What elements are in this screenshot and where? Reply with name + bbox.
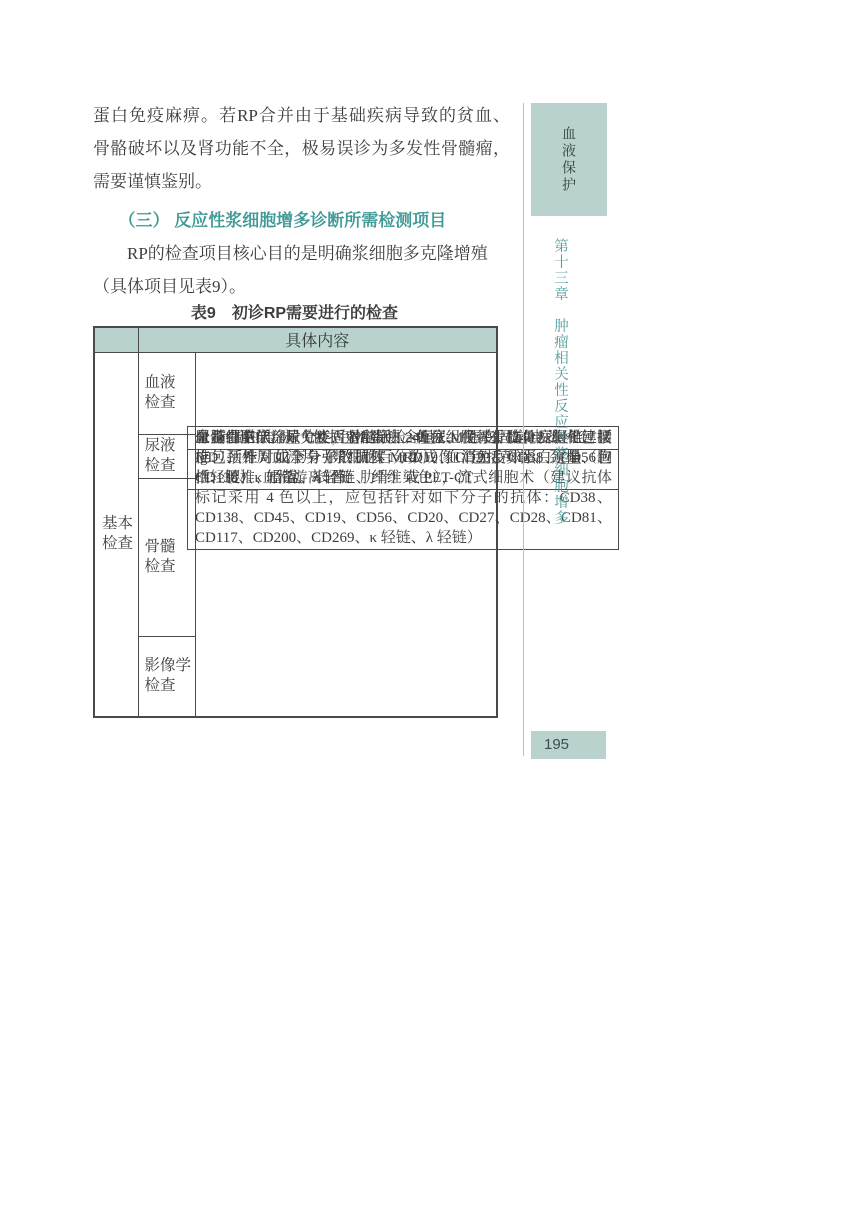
text-line: 需要谨慎鉴别。 [93,165,510,198]
exam-table-body: 基本 检查血液 检查血清蛋白电泳（包括 M 蛋白含量）、免疫固定电泳（包括 Ig… [94,352,497,717]
exam-table: 具体内容 基本 检查血液 检查血清蛋白电泳（包括 M 蛋白含量）、免疫固定电泳（… [93,326,498,718]
text-line: RP的检查项目核心目的是明确浆细胞多克隆增殖 [93,237,510,270]
chapter-label-text: 第十三章 肿瘤相关性反应性浆细胞增多 [550,238,571,526]
table-title: 表9 初诊RP需要进行的检查 [93,303,496,324]
section-heading: （三） 反应性浆细胞增多诊断所需检测项目 [93,204,510,237]
table-header-row: 具体内容 [94,327,497,352]
table-row: 基本 检查血液 检查血清蛋白电泳（包括 M 蛋白含量）、免疫固定电泳（包括 Ig… [94,352,497,434]
row-label-cell: 影像学 检查 [138,636,195,717]
text-line: 蛋白免疫麻痹。若RP合并由于基础疾病导致的贫血、 [93,99,510,132]
group-label-cell: 基本 检查 [94,352,138,717]
page-number-badge: 195 [531,731,606,759]
main-content: 蛋白免疫麻痹。若RP合并由于基础疾病导致的贫血、骨骼破坏以及肾功能不全，极易误诊… [93,99,510,303]
table-row: 骨髓 检查骨髓细胞学涂片分类，骨髓活检+免疫组化（骨髓免疫组化建议应包括针对如下… [94,478,497,636]
table-row: 影像学 检查全身骨骼低剂量 CT（包括头颅、骨盆、股骨、肱骨、胸椎、腰椎、颈椎）… [94,636,497,717]
body-paragraph-1: 蛋白免疫麻痹。若RP合并由于基础疾病导致的贫血、骨骼破坏以及肾功能不全，极易误诊… [93,99,510,198]
sidebar-section-tab-label: 血液保护 [559,126,579,194]
text-line: 骨骼破坏以及肾功能不全，极易误诊为多发性骨髓瘤， [93,132,510,165]
page-number: 195 [544,736,569,753]
table-header-cell: 具体内容 [138,327,497,352]
sidebar-section-tab: 血液保护 [531,103,607,216]
chapter-label: 第十三章 肿瘤相关性反应性浆细胞增多 [550,238,571,528]
body-paragraph-2: RP的检查项目核心目的是明确浆细胞多克隆增殖（具体项目见表9）。 [93,237,510,303]
text-line: （具体项目见表9）。 [93,270,510,303]
table-corner-cell [94,327,138,352]
row-label-cell: 血液 检查 [138,352,195,434]
document-page: 蛋白免疫麻痹。若RP合并由于基础疾病导致的贫血、骨骼破坏以及肾功能不全，极易误诊… [0,0,867,1218]
sidebar-divider-line [523,103,524,756]
